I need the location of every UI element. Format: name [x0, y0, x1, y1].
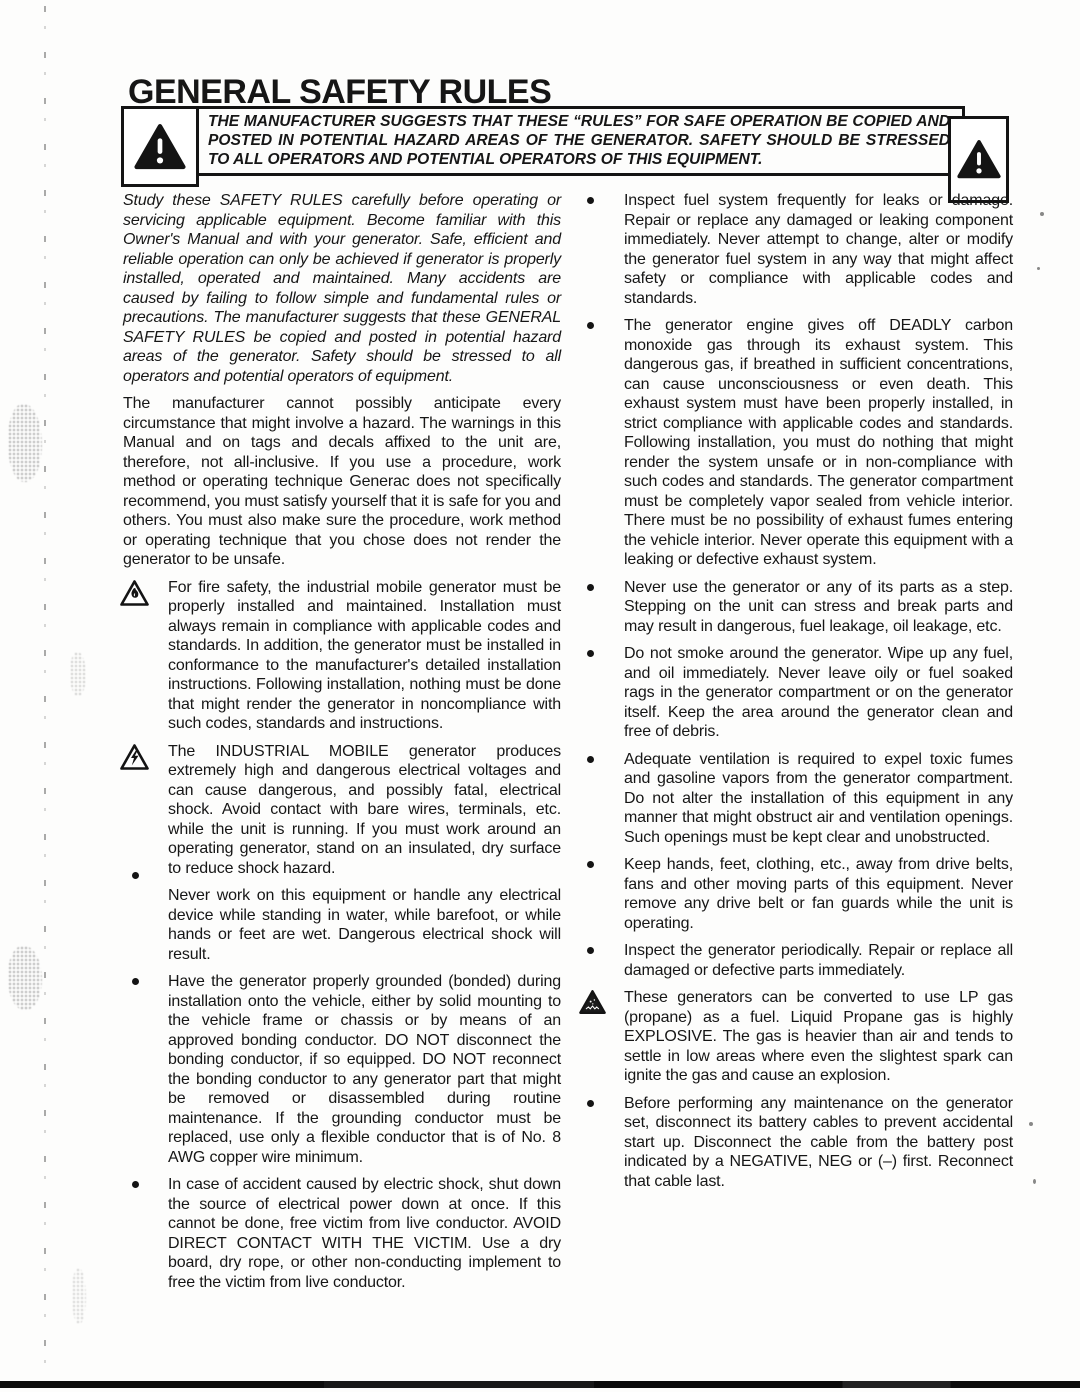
grounding-item: Have the generator properly grounded (bo… — [123, 972, 561, 1167]
item-text: Before performing any maintenance on the… — [624, 1094, 1013, 1192]
safety-warning-banner: THE MANUFACTURER SUGGESTS THAT THESE “RU… — [131, 106, 965, 176]
item-text: Never work on this equipment or handle a… — [168, 886, 561, 964]
bullet-icon — [587, 756, 594, 763]
bullet-icon — [587, 584, 594, 591]
item-text: Never use the generator or any of its pa… — [624, 578, 1013, 637]
battery-maintenance-item: Before performing any maintenance on the… — [582, 1094, 1013, 1192]
item-text: Do not smoke around the generator. Wipe … — [624, 644, 1013, 742]
explosion-warning-icon — [578, 989, 607, 1016]
item-text: For fire safety, the industrial mobile g… — [168, 578, 561, 734]
anticipate-paragraph: The manufacturer cannot possibly anticip… — [123, 394, 561, 570]
bullet-icon — [587, 650, 594, 657]
scan-smudge — [8, 404, 42, 482]
left-column: Study these SAFETY RULES carefully befor… — [123, 191, 561, 1300]
no-step-item: Never use the generator or any of its pa… — [582, 578, 1013, 637]
bullet-icon — [132, 872, 139, 879]
scan-edge-line — [44, 6, 46, 1374]
carbon-monoxide-item: The generator engine gives off DEADLY ca… — [582, 316, 1013, 570]
moving-parts-item: Keep hands, feet, clothing, etc., away f… — [582, 855, 1013, 933]
scan-speck — [1029, 1122, 1033, 1126]
intro-paragraph: Study these SAFETY RULES carefully befor… — [123, 191, 561, 386]
item-text: Adequate ventilation is required to expe… — [624, 750, 1013, 848]
fire-safety-item: For fire safety, the industrial mobile g… — [123, 578, 561, 734]
scan-smudge — [72, 1268, 86, 1324]
electric-shock-item: The INDUSTRIAL MOBILE generator produces… — [123, 742, 561, 879]
fire-warning-icon — [119, 579, 150, 608]
item-text: These generators can be converted to use… — [624, 988, 1013, 1086]
bullet-icon — [132, 978, 139, 985]
bullet-icon — [132, 1181, 139, 1188]
bullet-icon — [587, 947, 594, 954]
item-text: The INDUSTRIAL MOBILE generator produces… — [168, 742, 561, 879]
scan-speck — [1037, 267, 1040, 270]
electric-warning-icon — [119, 743, 150, 772]
item-text: Inspect the generator periodically. Repa… — [624, 941, 1013, 980]
bullet-icon — [587, 1100, 594, 1107]
item-text: Have the generator properly grounded (bo… — [168, 972, 561, 1167]
right-column: Inspect fuel system frequently for leaks… — [582, 191, 1013, 1199]
scan-smudge — [70, 652, 86, 696]
page-bottom-rule — [0, 1381, 1080, 1388]
item-text: In case of accident caused by electric s… — [168, 1175, 561, 1292]
bullet-icon — [587, 197, 594, 204]
item-text: Inspect fuel system frequently for leaks… — [624, 191, 1013, 308]
ventilation-item: Adequate ventilation is required to expe… — [582, 750, 1013, 848]
item-text: The generator engine gives off DEADLY ca… — [624, 316, 1013, 570]
inspect-periodically-item: Inspect the generator periodically. Repa… — [582, 941, 1013, 980]
scan-speck — [1033, 1179, 1036, 1184]
bullet-icon — [587, 322, 594, 329]
warning-triangle-icon — [948, 116, 1009, 203]
banner-text: THE MANUFACTURER SUGGESTS THAT THESE “RU… — [208, 113, 950, 168]
no-smoking-item: Do not smoke around the generator. Wipe … — [582, 644, 1013, 742]
item-text: Keep hands, feet, clothing, etc., away f… — [624, 855, 1013, 933]
scan-speck — [1040, 212, 1044, 216]
lp-gas-item: These generators can be converted to use… — [582, 988, 1013, 1086]
warning-triangle-icon — [121, 106, 199, 187]
electric-accident-item: In case of accident caused by electric s… — [123, 1175, 561, 1292]
fuel-system-item: Inspect fuel system frequently for leaks… — [582, 191, 1013, 308]
bullet-icon — [587, 861, 594, 868]
wet-hands-item: Never work on this equipment or handle a… — [123, 886, 561, 964]
scan-smudge — [8, 946, 42, 1010]
